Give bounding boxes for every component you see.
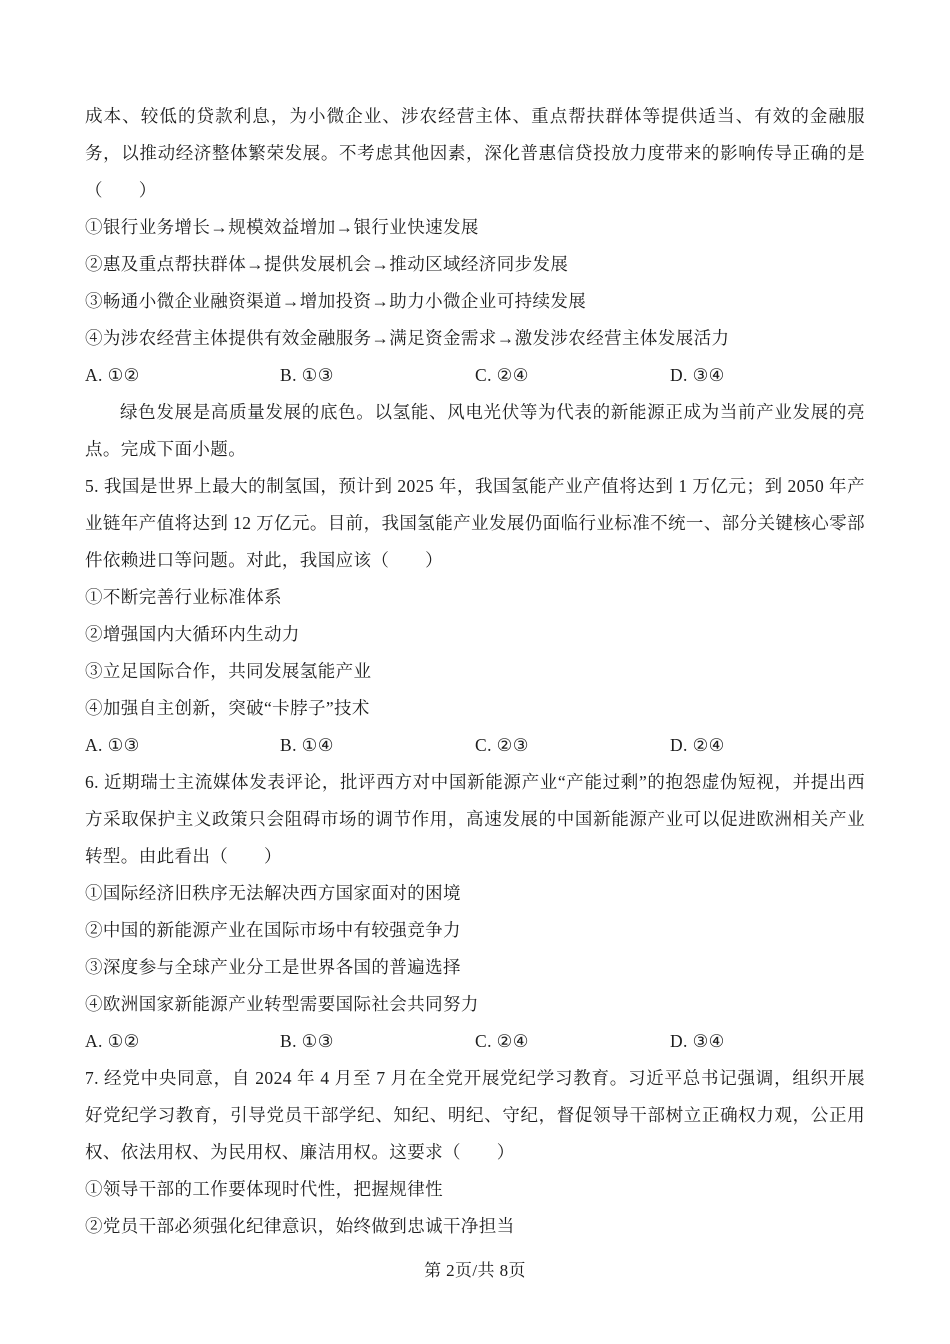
question4-item-2: ②惠及重点帮扶群体→提供发展机会→推动区域经济同步发展 — [85, 246, 865, 283]
question6-item-2: ②中国的新能源产业在国际市场中有较强竞争力 — [85, 912, 865, 949]
question5-choice-a: A. ①③ — [85, 727, 280, 764]
question4-choices: A. ①② B. ①③ C. ②④ D. ③④ — [85, 357, 865, 394]
question4-choice-a: A. ①② — [85, 357, 280, 394]
question6-item-1: ①国际经济旧秩序无法解决西方国家面对的困境 — [85, 875, 865, 912]
question7-stem: 7. 经党中央同意，自 2024 年 4 月至 7 月在全党开展党纪学习教育。习… — [85, 1060, 865, 1171]
question5-stem: 5. 我国是世界上最大的制氢国，预计到 2025 年，我国氢能产业产值将达到 1… — [85, 468, 865, 579]
question6-choice-a: A. ①② — [85, 1023, 280, 1060]
question4-choice-b: B. ①③ — [280, 357, 475, 394]
question4-item-4: ④为涉农经营主体提供有效金融服务→满足资金需求→激发涉农经营主体发展活力 — [85, 320, 865, 357]
question5-choices: A. ①③ B. ①④ C. ②③ D. ②④ — [85, 727, 865, 764]
question5-choice-b: B. ①④ — [280, 727, 475, 764]
question6-choice-b: B. ①③ — [280, 1023, 475, 1060]
page-footer: 第 2页/共 8页 — [85, 1252, 865, 1289]
question5-item-3: ③立足国际合作，共同发展氢能产业 — [85, 653, 865, 690]
question5-item-1: ①不断完善行业标准体系 — [85, 579, 865, 616]
question6-choices: A. ①② B. ①③ C. ②④ D. ③④ — [85, 1023, 865, 1060]
question5-choice-d: D. ②④ — [670, 727, 865, 764]
question7-item-1: ①领导干部的工作要体现时代性，把握规律性 — [85, 1171, 865, 1208]
section-intro: 绿色发展是高质量发展的底色。以氢能、风电光伏等为代表的新能源正成为当前产业发展的… — [85, 394, 865, 468]
question4-item-1: ①银行业务增长→规模效益增加→银行业快速发展 — [85, 209, 865, 246]
question6-item-3: ③深度参与全球产业分工是世界各国的普遍选择 — [85, 949, 865, 986]
question6-choice-d: D. ③④ — [670, 1023, 865, 1060]
question5-choice-c: C. ②③ — [475, 727, 670, 764]
question5-item-2: ②增强国内大循环内生动力 — [85, 616, 865, 653]
question4-choice-d: D. ③④ — [670, 357, 865, 394]
question7-item-2: ②党员干部必须强化纪律意识，始终做到忠诚干净担当 — [85, 1208, 865, 1245]
question6-stem: 6. 近期瑞士主流媒体发表评论，批评西方对中国新能源产业“产能过剩”的抱怨虚伪短… — [85, 764, 865, 875]
question5-item-4: ④加强自主创新，突破“卡脖子”技术 — [85, 690, 865, 727]
question4-stem-continuation: 成本、较低的贷款利息，为小微企业、涉农经营主体、重点帮扶群体等提供适当、有效的金… — [85, 98, 865, 209]
question6-item-4: ④欧洲国家新能源产业转型需要国际社会共同努力 — [85, 986, 865, 1023]
question6-choice-c: C. ②④ — [475, 1023, 670, 1060]
exam-paper-page: 成本、较低的贷款利息，为小微企业、涉农经营主体、重点帮扶群体等提供适当、有效的金… — [0, 0, 950, 1344]
page-number-indicator: 第 2页/共 8页 — [424, 1261, 526, 1280]
question4-item-3: ③畅通小微企业融资渠道→增加投资→助力小微企业可持续发展 — [85, 283, 865, 320]
question4-choice-c: C. ②④ — [475, 357, 670, 394]
